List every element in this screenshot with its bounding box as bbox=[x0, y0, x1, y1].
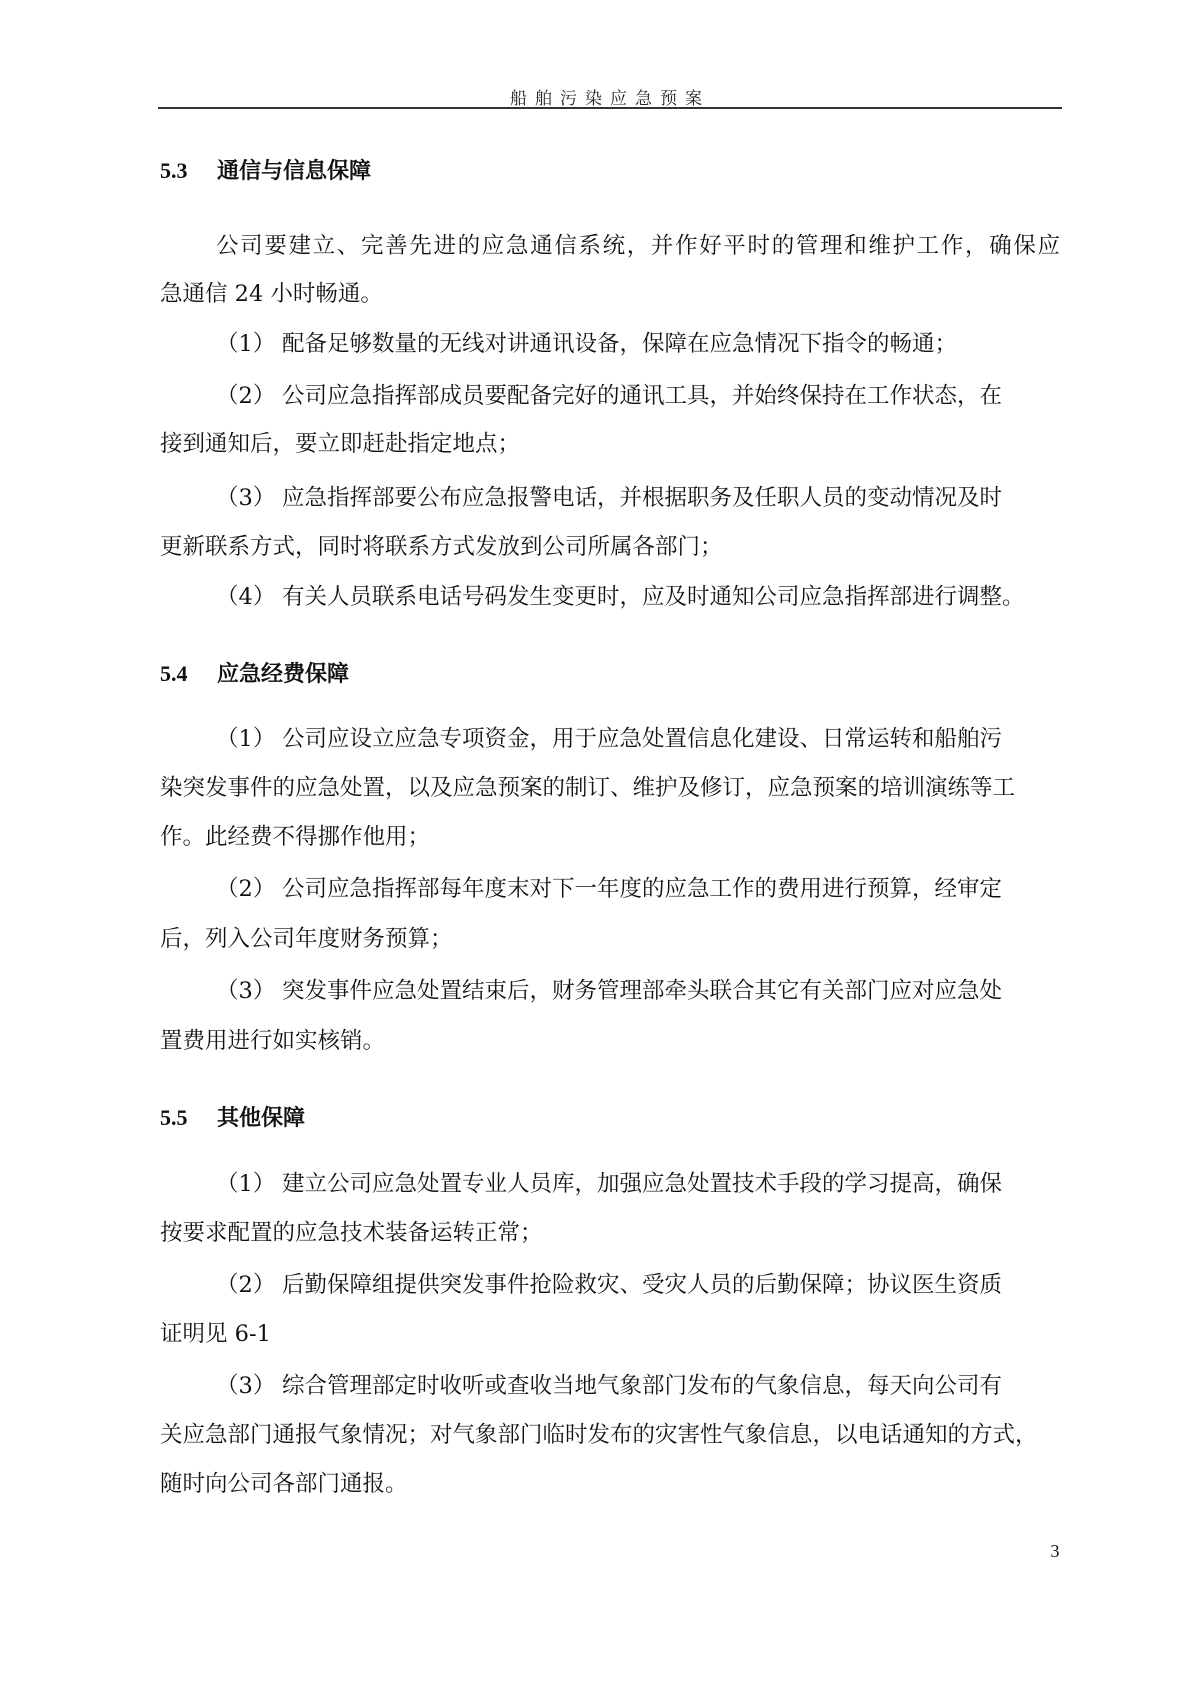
section-title: 通信与信息保障 bbox=[217, 159, 371, 184]
paragraph-line: 公司要建立、完善先进的应急通信系统，并作好平时的管理和维护工作，确保应 bbox=[216, 231, 1060, 261]
item-text: 建立公司应急处置专业人员库，加强应急处置技术手段的学习提高，确保 bbox=[282, 1171, 1002, 1197]
running-header: 船舶污染应急预案 bbox=[158, 84, 1062, 109]
item-number: （4） bbox=[216, 582, 282, 612]
paragraph-line: 作。此经费不得挪作他用； bbox=[160, 822, 1060, 852]
item-number: （1） bbox=[216, 724, 282, 754]
list-item: （1）建立公司应急处置专业人员库，加强应急处置技术手段的学习提高，确保 bbox=[216, 1169, 1060, 1199]
item-text: 公司应急指挥部成员要配备完好的通讯工具，并始终保持在工作状态，在 bbox=[282, 383, 1002, 409]
section-number: 5.3 bbox=[160, 156, 217, 186]
list-item: （2）公司应急指挥部成员要配备完好的通讯工具，并始终保持在工作状态，在 bbox=[216, 381, 1060, 411]
list-item: （1）公司应设立应急专项资金，用于应急处置信息化建设、日常运转和船舶污 bbox=[216, 724, 1060, 754]
item-text: 综合管理部定时收听或查收当地气象部门发布的气象信息，每天向公司有 bbox=[282, 1373, 1002, 1399]
list-item: （3）应急指挥部要公布应急报警电话，并根据职务及任职人员的变动情况及时 bbox=[216, 483, 1060, 513]
paragraph-line: 证明见 6-1 bbox=[160, 1319, 1060, 1349]
list-item: （3）突发事件应急处置结束后，财务管理部牵头联合其它有关部门应对应急处 bbox=[216, 976, 1060, 1006]
paragraph-line: 染突发事件的应急处置，以及应急预案的制订、维护及修订，应急预案的培训演练等工 bbox=[160, 773, 1060, 803]
section-title: 应急经费保障 bbox=[217, 662, 349, 687]
list-item: （1）配备足够数量的无线对讲通讯设备，保障在应急情况下指令的畅通； bbox=[216, 329, 1060, 359]
section-number: 5.4 bbox=[160, 659, 217, 689]
item-number: （2） bbox=[216, 1270, 282, 1300]
paragraph-line: 急通信 24 小时畅通。 bbox=[160, 279, 1060, 309]
item-number: （2） bbox=[216, 874, 282, 904]
list-item: （2）后勤保障组提供突发事件抢险救灾、受灾人员的后勤保障；协议医生资质 bbox=[216, 1270, 1060, 1300]
list-item: （4）有关人员联系电话号码发生变更时，应及时通知公司应急指挥部进行调整。 bbox=[216, 582, 1060, 612]
paragraph-line: 接到通知后，要立即赶赴指定地点； bbox=[160, 429, 1060, 459]
paragraph-line: 后，列入公司年度财务预算； bbox=[160, 924, 1060, 954]
item-text: 后勤保障组提供突发事件抢险救灾、受灾人员的后勤保障；协议医生资质 bbox=[282, 1272, 1002, 1298]
paragraph-line: 随时向公司各部门通报。 bbox=[160, 1469, 1060, 1499]
item-number: （3） bbox=[216, 483, 282, 513]
item-number: （2） bbox=[216, 381, 282, 411]
item-number: （3） bbox=[216, 976, 282, 1006]
item-number: （1） bbox=[216, 1169, 282, 1199]
paragraph-line: 按要求配置的应急技术装备运转正常； bbox=[160, 1218, 1060, 1248]
paragraph-line: 更新联系方式，同时将联系方式发放到公司所属各部门； bbox=[160, 532, 1060, 562]
header-rule bbox=[158, 107, 1062, 109]
item-text: 公司应设立应急专项资金，用于应急处置信息化建设、日常运转和船舶污 bbox=[282, 726, 1002, 752]
item-number: （3） bbox=[216, 1371, 282, 1401]
list-item: （2）公司应急指挥部每年度末对下一年度的应急工作的费用进行预算，经审定 bbox=[216, 874, 1060, 904]
section-heading-5-3: 5.3通信与信息保障 bbox=[160, 156, 371, 187]
section-heading-5-4: 5.4应急经费保障 bbox=[160, 659, 349, 690]
paragraph-line: 置费用进行如实核销。 bbox=[160, 1026, 1060, 1056]
page-number: 3 bbox=[1040, 1541, 1070, 1562]
list-item: （3）综合管理部定时收听或查收当地气象部门发布的气象信息，每天向公司有 bbox=[216, 1371, 1060, 1401]
section-title: 其他保障 bbox=[217, 1106, 305, 1131]
item-text: 突发事件应急处置结束后，财务管理部牵头联合其它有关部门应对应急处 bbox=[282, 978, 1002, 1004]
item-text: 应急指挥部要公布应急报警电话，并根据职务及任职人员的变动情况及时 bbox=[282, 485, 1002, 511]
item-text: 有关人员联系电话号码发生变更时，应及时通知公司应急指挥部进行调整。 bbox=[282, 584, 1025, 610]
paragraph-line: 关应急部门通报气象情况；对气象部门临时发布的灾害性气象信息，以电话通知的方式， bbox=[160, 1420, 1060, 1450]
item-text: 公司应急指挥部每年度末对下一年度的应急工作的费用进行预算，经审定 bbox=[282, 876, 1002, 902]
document-page: 船舶污染应急预案 5.3通信与信息保障 公司要建立、完善先进的应急通信系统，并作… bbox=[0, 0, 1191, 1684]
item-text: 配备足够数量的无线对讲通讯设备，保障在应急情况下指令的畅通； bbox=[282, 331, 957, 357]
item-number: （1） bbox=[216, 329, 282, 359]
section-heading-5-5: 5.5其他保障 bbox=[160, 1103, 305, 1134]
section-number: 5.5 bbox=[160, 1103, 217, 1133]
